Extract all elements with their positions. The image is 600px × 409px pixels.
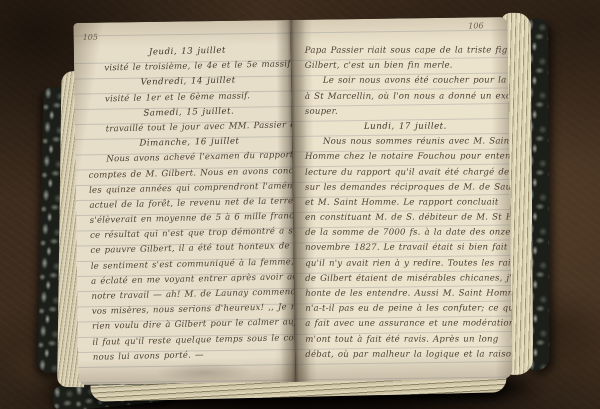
right-page: 106 Papa Passier riait sous cape de la t… [290,17,512,382]
handwritten-line: à St Marcellin, où l'on nous a donné un … [305,89,506,105]
handwritten-line: et M. Saint Homme. Le rapport concluait [305,195,506,211]
right-page-handwriting: Papa Passier riait sous cape de la trist… [305,43,507,362]
handwritten-line: m'ont tout à fait été ravis. Après un lo… [305,332,506,348]
handwritten-line: honte de les entendre. Aussi M. Saint Ho… [305,286,506,302]
right-page-number: 106 [468,21,483,30]
open-pages: 105 Jeudi, 13 juilletvisité le troisième… [73,17,512,385]
handwritten-line: sur les demandes réciproques de M. de Sa… [305,180,506,196]
handwritten-line: Gilbert, c'est un bien fin merle. [305,59,506,75]
handwritten-line: Papa Passier riait sous cape de la trist… [305,43,506,59]
handwritten-line: Homme chez le notaire Fouchou pour enten… [305,150,506,166]
handwritten-line: Le soir nous avons été coucher pour la d… [305,74,506,90]
handwritten-line: a fait avec une assurance et une modérat… [305,317,506,333]
handwritten-line: novembre 1827. Le travail était si bien … [305,241,506,257]
handwritten-line: Nous nous sommes réunis avec M. Saint [305,135,506,151]
handwritten-line: de Gilbert étaient de misérables chicane… [305,271,506,287]
photo-of-open-journal: 105 Jeudi, 13 juilletvisité le troisième… [0,0,600,409]
handwritten-line: qu'il n'y avait rien à y redire. Toutes … [305,256,506,272]
handwritten-line: souper. [305,104,506,120]
handwritten-line: lecture du rapport qu'il avait été charg… [305,165,506,181]
handwritten-line: débat, où par malheur la logique et la r… [305,347,506,363]
left-page: 105 Jeudi, 13 juilletvisité le troisième… [73,20,295,385]
date-heading-line: Lundi, 17 juillet. [305,119,506,135]
open-book: 105 Jeudi, 13 juilletvisité le troisième… [39,5,546,404]
handwritten-line: de la somme de 7000 fs. à la date des on… [305,226,506,242]
handwritten-line: n'a-t-il pas eu de peine à les confuter;… [305,302,506,318]
left-page-handwriting: Jeudi, 13 juilletvisité le troisième, le… [86,42,296,365]
left-page-number: 105 [83,33,98,42]
handwritten-line: en constituant M. de S. débiteur de M. S… [305,211,506,227]
